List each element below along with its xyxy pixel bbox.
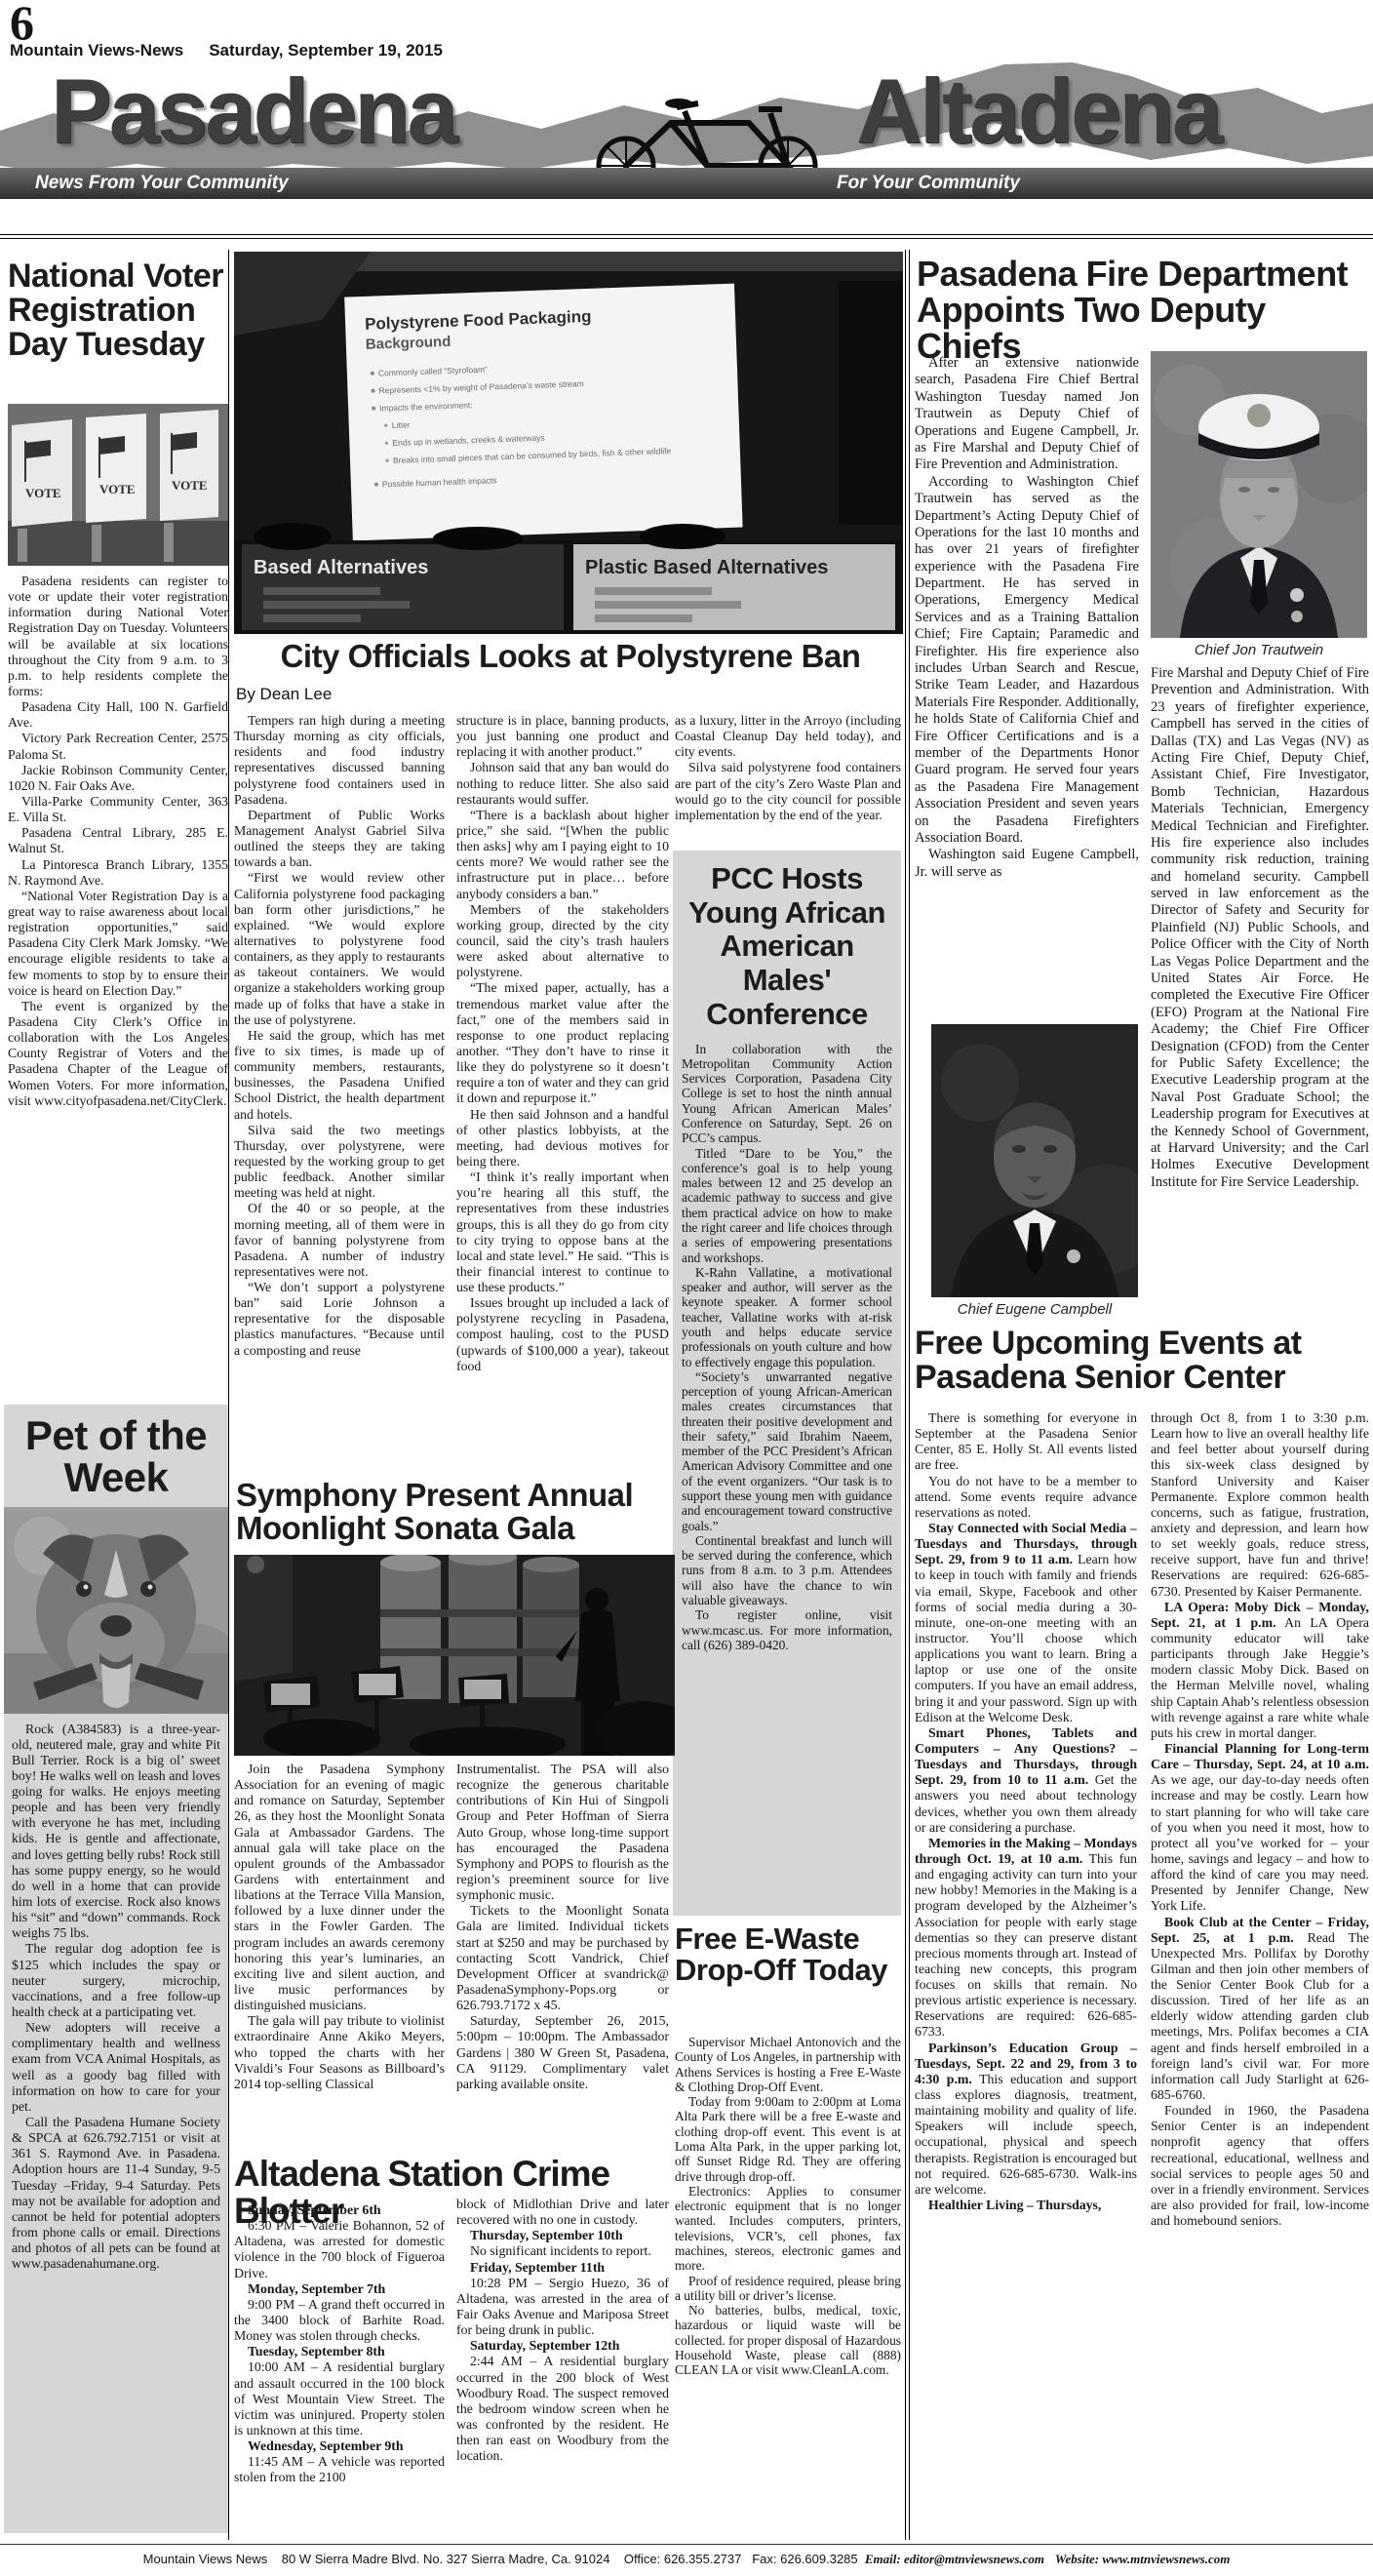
tagline-left: News From Your Community <box>35 168 289 199</box>
pcc-conference-box: PCC Hosts Young African American Males' … <box>673 851 901 1916</box>
tagline-right: For Your Community <box>837 168 1020 199</box>
paragraph: Instrumentalist. The PSA will also recog… <box>456 1762 669 1903</box>
chief-campbell-photo <box>931 1024 1138 1297</box>
paragraph: Smart Phones, Tablets and Computers – An… <box>915 1725 1137 1836</box>
footer-office: Office: 626.355.2737 <box>624 2552 741 2566</box>
paragraph: Memories in the Making – Mondays through… <box>915 1836 1137 2041</box>
paragraph: He said the group, which has met five to… <box>234 1028 445 1123</box>
paragraph: Monday, September 7th <box>234 2281 445 2297</box>
paragraph: Victory Park Recreation Center, 2575 Pal… <box>8 731 228 762</box>
paragraph: Saturday, September 12th <box>456 2338 669 2354</box>
paragraph: Titled “Dare to be You,” the conference’… <box>682 1146 892 1265</box>
paragraph: Proof of residence required, please brin… <box>675 2274 901 2304</box>
chief-trautwein-photo <box>1151 351 1367 638</box>
paragraph: Call the Pasadena Humane Society & SPCA … <box>12 2115 220 2272</box>
paragraph: After an extensive nationwide search, Pa… <box>915 355 1139 474</box>
paragraph: Book Club at the Center – Friday, Sept. … <box>1151 1915 1369 2104</box>
polystyrene-meeting-photo: Polystyrene Food Packaging Background Co… <box>234 252 903 634</box>
paragraph: In collaboration with the Metropolitan C… <box>682 1042 892 1146</box>
paragraph: Today from 9:00am to 2:00pm at Loma Alta… <box>675 2094 901 2184</box>
paragraph: Silva said the two meetings Thursday, ov… <box>234 1123 445 1202</box>
ewaste-headline: Free E-Waste Drop-Off Today <box>675 1923 901 1986</box>
paragraph: “The mixed paper, actually, has a tremen… <box>456 980 669 1106</box>
paragraph: Financial Planning for Long-term Care – … <box>1151 1741 1369 1915</box>
paragraph: There is something for everyone in Septe… <box>915 1410 1137 1474</box>
blotter-col2: block of Midlothian Drive and later reco… <box>456 2197 669 2540</box>
paragraph: Stay Connected with Social Media – Tuesd… <box>915 1521 1137 1725</box>
pcc-headline: PCC Hosts Young African American Males' … <box>673 851 901 1040</box>
paragraph: Electronics: Applies to consumer electro… <box>675 2184 901 2274</box>
paragraph: Pasadena Central Library, 285 E. Walnut … <box>8 825 228 856</box>
header-divider <box>0 234 1373 239</box>
paragraph: 6:30 PM – Valerie Bohannon, 52 of Altade… <box>234 2218 445 2281</box>
svg-text:Background: Background <box>366 334 451 353</box>
newspaper-page: 6 Mountain Views-NewsSaturday, September… <box>0 0 1373 2576</box>
paragraph: According to Washington Chief Trautwein … <box>915 474 1139 848</box>
paragraph: Jackie Robinson Community Center, 1020 N… <box>8 763 228 794</box>
svg-text:Based Alternatives: Based Alternatives <box>254 557 428 578</box>
paragraph: 10:00 AM – A residential burglary and as… <box>234 2359 445 2438</box>
paragraph: Saturday, September 26, 2015, 5:00pm – 1… <box>456 2013 669 2092</box>
svg-text:VOTE: VOTE <box>25 486 61 500</box>
paragraph: “Society’s unwarranted negative percepti… <box>682 1369 892 1533</box>
footer-address: 80 W Sierra Madre Blvd. No. 327 Sierra M… <box>282 2552 610 2566</box>
pet-headline: Pet of the Week <box>4 1405 228 1499</box>
symphony-col1: Join the Pasadena Symphony Association f… <box>234 1762 445 2154</box>
paragraph: Silva said polystyrene food containers a… <box>675 760 901 823</box>
paragraph: Members of the stakeholders working grou… <box>456 902 669 981</box>
paragraph: Fire Marshal and Deputy Chief of Fire Pr… <box>1151 665 1369 1191</box>
senior-col1: There is something for everyone in Septe… <box>915 1410 1137 2538</box>
paragraph: Tickets to the Moonlight Sonata Gala are… <box>456 1903 669 2013</box>
svg-text:VOTE: VOTE <box>99 482 136 496</box>
pet-of-week-box: Pet of the Week Rock (A384583) is a thre… <box>4 1405 228 2533</box>
paragraph: Issues brought up included a lack of pol… <box>456 1295 669 1374</box>
voter-headline: National Voter Registration Day Tuesday <box>8 259 228 362</box>
symphony-headline: Symphony Present Annual Moonlight Sonata… <box>236 1479 677 1545</box>
polystyrene-byline: By Dean Lee <box>236 685 332 704</box>
paragraph: Tempers ran high during a meeting Thursd… <box>234 713 445 808</box>
ewaste-body: Supervisor Michael Antonovich and the Co… <box>675 2035 901 2538</box>
footer: Mountain Views News 80 W Sierra Madre Bl… <box>0 2552 1373 2567</box>
paragraph: The regular dog adoption fee is $125 whi… <box>12 1941 220 2020</box>
paragraph: 10:28 PM – Sergio Huezo, 36 of Altadena,… <box>456 2276 669 2339</box>
banner-title-altadena: Altadena <box>856 59 1220 164</box>
blotter-col1: Sunday, September 6th6:30 PM – Valerie B… <box>234 2202 445 2540</box>
svg-text:Litter: Litter <box>392 419 411 430</box>
paragraph: No batteries, bulbs, medical, toxic, haz… <box>675 2303 901 2377</box>
fire-headline: Pasadena Fire Department Appoints Two De… <box>917 256 1369 364</box>
paragraph: Of the 40 or so people, at the morning m… <box>234 1201 445 1280</box>
paragraph: structure is in place, banning products,… <box>456 713 669 760</box>
banner-tagline-strip: News From Your Community For Your Commun… <box>0 168 1373 199</box>
paragraph: Pasadena City Hall, 100 N. Garfield Ave. <box>8 699 228 731</box>
paragraph: Villa-Parke Community Center, 363 E. Vil… <box>8 794 228 825</box>
paragraph: No significant incidents to report. <box>456 2243 669 2259</box>
paragraph: You do not have to be a member to attend… <box>915 1474 1137 1521</box>
paragraph: Rock (A384583) is a three-year-old, neut… <box>12 1722 220 1942</box>
paragraph: Tuesday, September 8th <box>234 2344 445 2359</box>
pet-article-body: Rock (A384583) is a three-year-old, neut… <box>4 1714 228 2529</box>
paragraph: Johnson said that any ban would do nothi… <box>456 760 669 807</box>
paragraph: Healthier Living – Thursdays, <box>915 2198 1137 2213</box>
paragraph: Supervisor Michael Antonovich and the Co… <box>675 2035 901 2094</box>
paragraph: “National Voter Registration Day is a gr… <box>8 889 228 999</box>
column-divider-left <box>228 250 229 2540</box>
voter-article-body: Pasadena residents can register to vote … <box>8 574 228 1399</box>
paragraph: La Pintoresca Branch Library, 1355 N. Ra… <box>8 857 228 889</box>
symphony-photo <box>234 1555 675 1756</box>
paragraph: Department of Public Works Management An… <box>234 808 445 871</box>
paragraph: Friday, September 11th <box>456 2260 669 2276</box>
footer-divider <box>0 2544 1373 2545</box>
footer-name: Mountain Views News <box>143 2552 268 2566</box>
paragraph: Thursday, September 10th <box>456 2228 669 2243</box>
paragraph: Pasadena residents can register to vote … <box>8 574 228 699</box>
polystyrene-col3: as a luxury, litter in the Arroyo (inclu… <box>675 713 901 846</box>
paragraph: Founded in 1960, the Pasadena Senior Cen… <box>1151 2103 1369 2229</box>
paragraph: “We don’t support a polystyrene ban” sai… <box>234 1280 445 1359</box>
footer-email: Email: editor@mtnviewsnews.com <box>865 2552 1044 2566</box>
svg-text:Plastic Based Alternatives: Plastic Based Alternatives <box>585 557 828 578</box>
paragraph: “I think it’s really important when you’… <box>456 1169 669 1295</box>
paragraph: 2:44 AM – A residential burglary occurre… <box>456 2354 669 2464</box>
footer-website: Website: www.mtnviewsnews.com <box>1055 2552 1230 2566</box>
symphony-col2: Instrumentalist. The PSA will also recog… <box>456 1762 669 2154</box>
paragraph: New adopters will receive a complimentar… <box>12 2020 220 2115</box>
paragraph: “First we would review other California … <box>234 870 445 1027</box>
polystyrene-headline: City Officials Looks at Polystyrene Ban <box>238 640 903 673</box>
svg-text:VOTE: VOTE <box>172 478 208 493</box>
column-divider-right <box>905 250 910 2540</box>
paragraph: The gala will pay tribute to violinist e… <box>234 2013 445 2092</box>
pcc-body: In collaboration with the Metropolitan C… <box>673 1040 901 1812</box>
paragraph: 11:45 AM – A vehicle was reported stolen… <box>234 2454 445 2485</box>
paragraph: “There is a backlash about higher price,… <box>456 808 669 902</box>
paragraph: as a luxury, litter in the Arroyo (inclu… <box>675 713 901 760</box>
fire-col1: After an extensive nationwide search, Pa… <box>915 355 1139 1020</box>
senior-col2: through Oct 8, from 1 to 3:30 p.m. Learn… <box>1151 1410 1369 2538</box>
paragraph: Continental breakfast and lunch will be … <box>682 1533 892 1607</box>
paragraph: through Oct 8, from 1 to 3:30 p.m. Learn… <box>1151 1410 1369 1600</box>
paragraph: K-Rahn Vallatine, a motivational speaker… <box>682 1265 892 1369</box>
paragraph: Sunday, September 6th <box>234 2202 445 2218</box>
voting-booths-photo: VOTE VOTE VOTE <box>8 404 228 566</box>
paragraph: Wednesday, September 9th <box>234 2438 445 2454</box>
dog-photo <box>4 1507 228 1714</box>
paragraph: LA Opera: Moby Dick – Monday, Sept. 21, … <box>1151 1600 1369 1741</box>
trautwein-caption: Chief Jon Trautwein <box>1151 642 1367 658</box>
polystyrene-col1: Tempers ran high during a meeting Thursd… <box>234 713 445 1470</box>
paragraph: block of Midlothian Drive and later reco… <box>456 2197 669 2228</box>
footer-fax: Fax: 626.609.3285 <box>752 2552 857 2566</box>
fire-col2: Fire Marshal and Deputy Chief of Fire Pr… <box>1151 665 1369 1317</box>
paragraph: The event is organized by the Pasadena C… <box>8 999 228 1109</box>
polystyrene-col2: structure is in place, banning products,… <box>456 713 669 1470</box>
campbell-caption: Chief Eugene Campbell <box>931 1301 1138 1318</box>
section-banner: Pasadena Altadena News From Your Communi… <box>0 55 1373 201</box>
paragraph: Join the Pasadena Symphony Association f… <box>234 1762 445 2013</box>
paragraph: He then said Johnson and a handful of ot… <box>456 1107 669 1170</box>
paragraph: 9:00 PM – A grand theft occurred in the … <box>234 2297 445 2344</box>
senior-headline: Free Upcoming Events at Pasadena Senior … <box>915 1327 1369 1395</box>
paragraph: To register online, visit www.mcasc.us. … <box>682 1607 892 1652</box>
banner-title-pasadena: Pasadena <box>51 59 455 164</box>
paragraph: Parkinson’s Education Group – Tuesdays, … <box>915 2041 1137 2198</box>
paragraph: Washington said Eugene Campbell, Jr. wil… <box>915 847 1139 881</box>
